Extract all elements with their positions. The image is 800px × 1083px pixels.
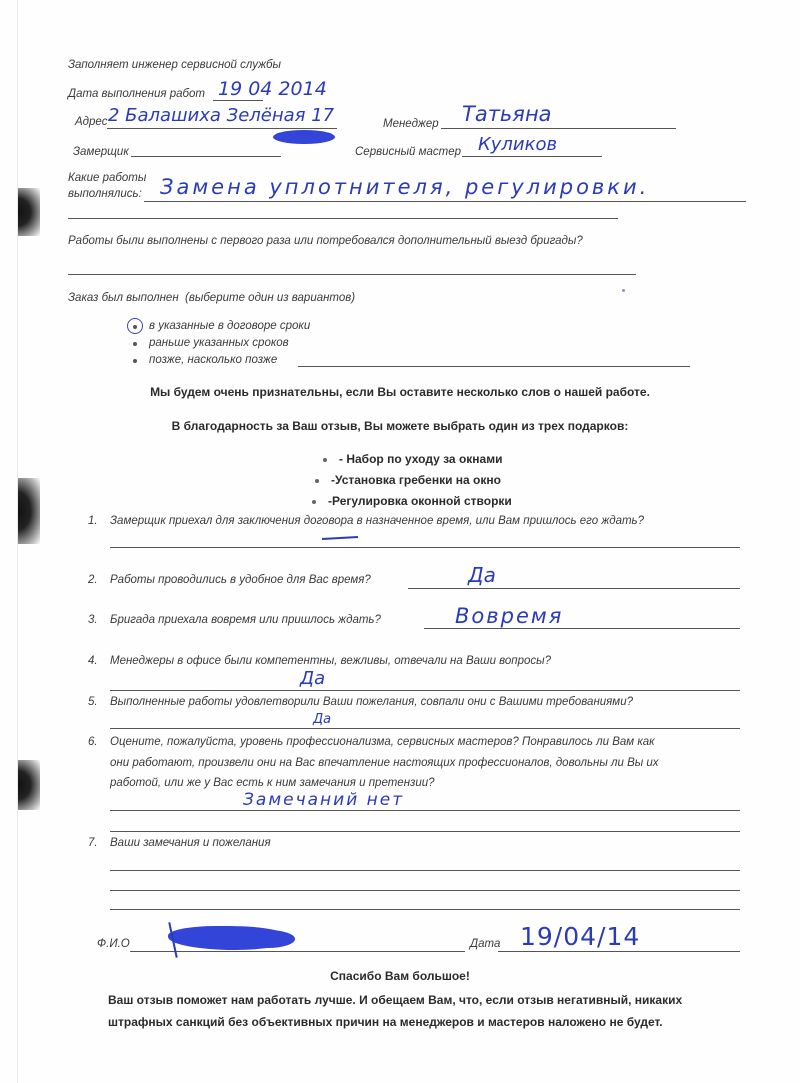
works-value[interactable]: Замена уплотнителя, регулировки. bbox=[160, 175, 649, 199]
order-label: Заказ был выполнен (выберите один из вар… bbox=[68, 292, 355, 304]
address-label: Адрес bbox=[75, 116, 107, 128]
option-bullet[interactable] bbox=[133, 325, 137, 329]
address-value[interactable]: 2 Балашиха Зелёная 17 bbox=[108, 105, 334, 126]
question-2-text: Работы проводились в удобное для Вас вре… bbox=[110, 574, 371, 586]
bullet-icon bbox=[323, 458, 327, 462]
option-bullet[interactable] bbox=[133, 342, 137, 346]
works-underline bbox=[144, 201, 746, 202]
question-6-text-line-1: Оцените, пожалуйста, уровень профессиона… bbox=[110, 736, 655, 748]
question-5-text: Выполненные работы удовлетворили Ваши по… bbox=[110, 696, 633, 708]
header-note: Заполняет инженер сервисной службы bbox=[68, 59, 281, 71]
redacted-name-blot bbox=[240, 930, 295, 948]
date-signature-value[interactable]: 19/04/14 bbox=[520, 922, 640, 951]
gift-label: - Набор по уходу за окнами bbox=[339, 452, 502, 466]
ink-speck bbox=[622, 289, 625, 292]
question-4-text: Менеджеры в офисе были компетентны, вежл… bbox=[110, 655, 551, 667]
question-7-answer-line-2[interactable] bbox=[110, 890, 740, 891]
gift-item-3: -Регулировка оконной створки bbox=[312, 494, 512, 508]
first-time-answer-line[interactable] bbox=[68, 274, 636, 275]
measurer-label: Замерщик bbox=[73, 146, 129, 158]
manager-value[interactable]: Татьяна bbox=[462, 102, 552, 126]
service-master-value[interactable]: Куликов bbox=[478, 134, 557, 155]
question-7-answer-line-1[interactable] bbox=[110, 870, 740, 871]
ink-blot bbox=[273, 130, 335, 144]
footer-line-1: Ваш отзыв поможет нам работать лучше. И … bbox=[108, 993, 682, 1007]
later-by-underline[interactable] bbox=[298, 366, 690, 367]
question-2-answer-line[interactable] bbox=[408, 588, 740, 589]
bullet-icon bbox=[315, 479, 319, 483]
question-1-text: Замерщик приехал для заключения договора… bbox=[110, 515, 644, 527]
thanks-heading: Спасибо Вам большое! bbox=[0, 969, 800, 983]
question-6-answer[interactable]: Замечаний нет bbox=[243, 790, 404, 810]
hole-punch-shadow bbox=[18, 760, 40, 810]
works-label-line2: выполнялись: bbox=[68, 188, 142, 200]
question-2-number: 2. bbox=[88, 574, 98, 586]
fio-label: Ф.И.О bbox=[97, 938, 130, 950]
first-time-question: Работы были выполнены с первого раза или… bbox=[68, 235, 583, 247]
question-6-number: 6. bbox=[88, 736, 98, 748]
question-6-text-line-3: работой, или же у Вас есть к ним замечан… bbox=[110, 777, 435, 789]
question-5-answer[interactable]: Да bbox=[313, 712, 331, 727]
order-hint: (выберите один из вариантов) bbox=[185, 292, 355, 304]
date-signature-underline[interactable] bbox=[498, 951, 740, 952]
question-4-answer-line[interactable] bbox=[110, 690, 740, 691]
fio-underline[interactable] bbox=[130, 951, 465, 952]
question-7-text: Ваши замечания и пожелания bbox=[110, 837, 271, 849]
works-underline-2 bbox=[68, 218, 618, 219]
gift-label: -Установка гребенки на окно bbox=[331, 473, 501, 487]
gift-item-2: -Установка гребенки на окно bbox=[315, 473, 501, 487]
appeal-line-1: Мы будем очень признательны, если Вы ост… bbox=[0, 385, 800, 399]
question-3-answer[interactable]: Вовремя bbox=[455, 604, 563, 628]
gift-item-1: - Набор по уходу за окнами bbox=[323, 452, 502, 466]
question-2-answer[interactable]: Да bbox=[468, 563, 496, 587]
question-3-text: Бригада приехала вовремя или пришлось жд… bbox=[110, 614, 381, 626]
order-label-text: Заказ был выполнен bbox=[68, 292, 179, 304]
service-master-label: Сервисный мастер bbox=[355, 146, 461, 158]
footer-line-2: штрафных санкций без объективных причин … bbox=[108, 1015, 663, 1029]
question-4-answer[interactable]: Да bbox=[300, 668, 325, 689]
date-label: Дата выполнения работ bbox=[68, 88, 205, 100]
bullet-icon bbox=[312, 500, 316, 504]
hole-punch-shadow bbox=[18, 188, 40, 236]
question-7-number: 7. bbox=[88, 837, 98, 849]
question-3-number: 3. bbox=[88, 614, 98, 626]
measurer-underline bbox=[131, 156, 281, 157]
order-option-3[interactable]: позже, насколько позже bbox=[149, 354, 277, 366]
works-label-line1: Какие работы bbox=[68, 172, 146, 184]
date-value[interactable]: 19 04 2014 bbox=[218, 78, 327, 100]
question-1-answer-line[interactable] bbox=[110, 547, 740, 548]
option-bullet[interactable] bbox=[133, 359, 137, 363]
question-6-answer-line-2[interactable] bbox=[110, 831, 740, 832]
question-1-answer-dash bbox=[322, 536, 358, 540]
date-signature-label: Дата bbox=[470, 938, 500, 950]
appeal-line-2: В благодарность за Ваш отзыв, Вы можете … bbox=[0, 419, 800, 433]
question-5-answer-line[interactable] bbox=[110, 728, 740, 729]
scanned-feedback-form: Заполняет инженер сервисной службы Дата … bbox=[0, 0, 800, 1083]
order-option-2[interactable]: раньше указанных сроков bbox=[149, 337, 289, 349]
question-7-answer-line-3[interactable] bbox=[110, 909, 740, 910]
hole-punch-shadow bbox=[18, 478, 40, 544]
question-4-number: 4. bbox=[88, 655, 98, 667]
address-underline bbox=[107, 128, 337, 129]
service-master-underline bbox=[462, 156, 602, 157]
question-6-text-line-2: они работают, произвели они на Вас впеча… bbox=[110, 757, 659, 769]
manager-label: Менеджер bbox=[383, 118, 439, 130]
date-underline bbox=[213, 100, 263, 101]
question-3-answer-line[interactable] bbox=[424, 628, 740, 629]
gift-label: -Регулировка оконной створки bbox=[328, 494, 512, 508]
question-5-number: 5. bbox=[88, 696, 98, 708]
order-option-1[interactable]: в указанные в договоре сроки bbox=[149, 320, 310, 332]
manager-underline bbox=[441, 128, 676, 129]
question-1-number: 1. bbox=[88, 515, 98, 527]
question-6-answer-line[interactable] bbox=[110, 810, 740, 811]
